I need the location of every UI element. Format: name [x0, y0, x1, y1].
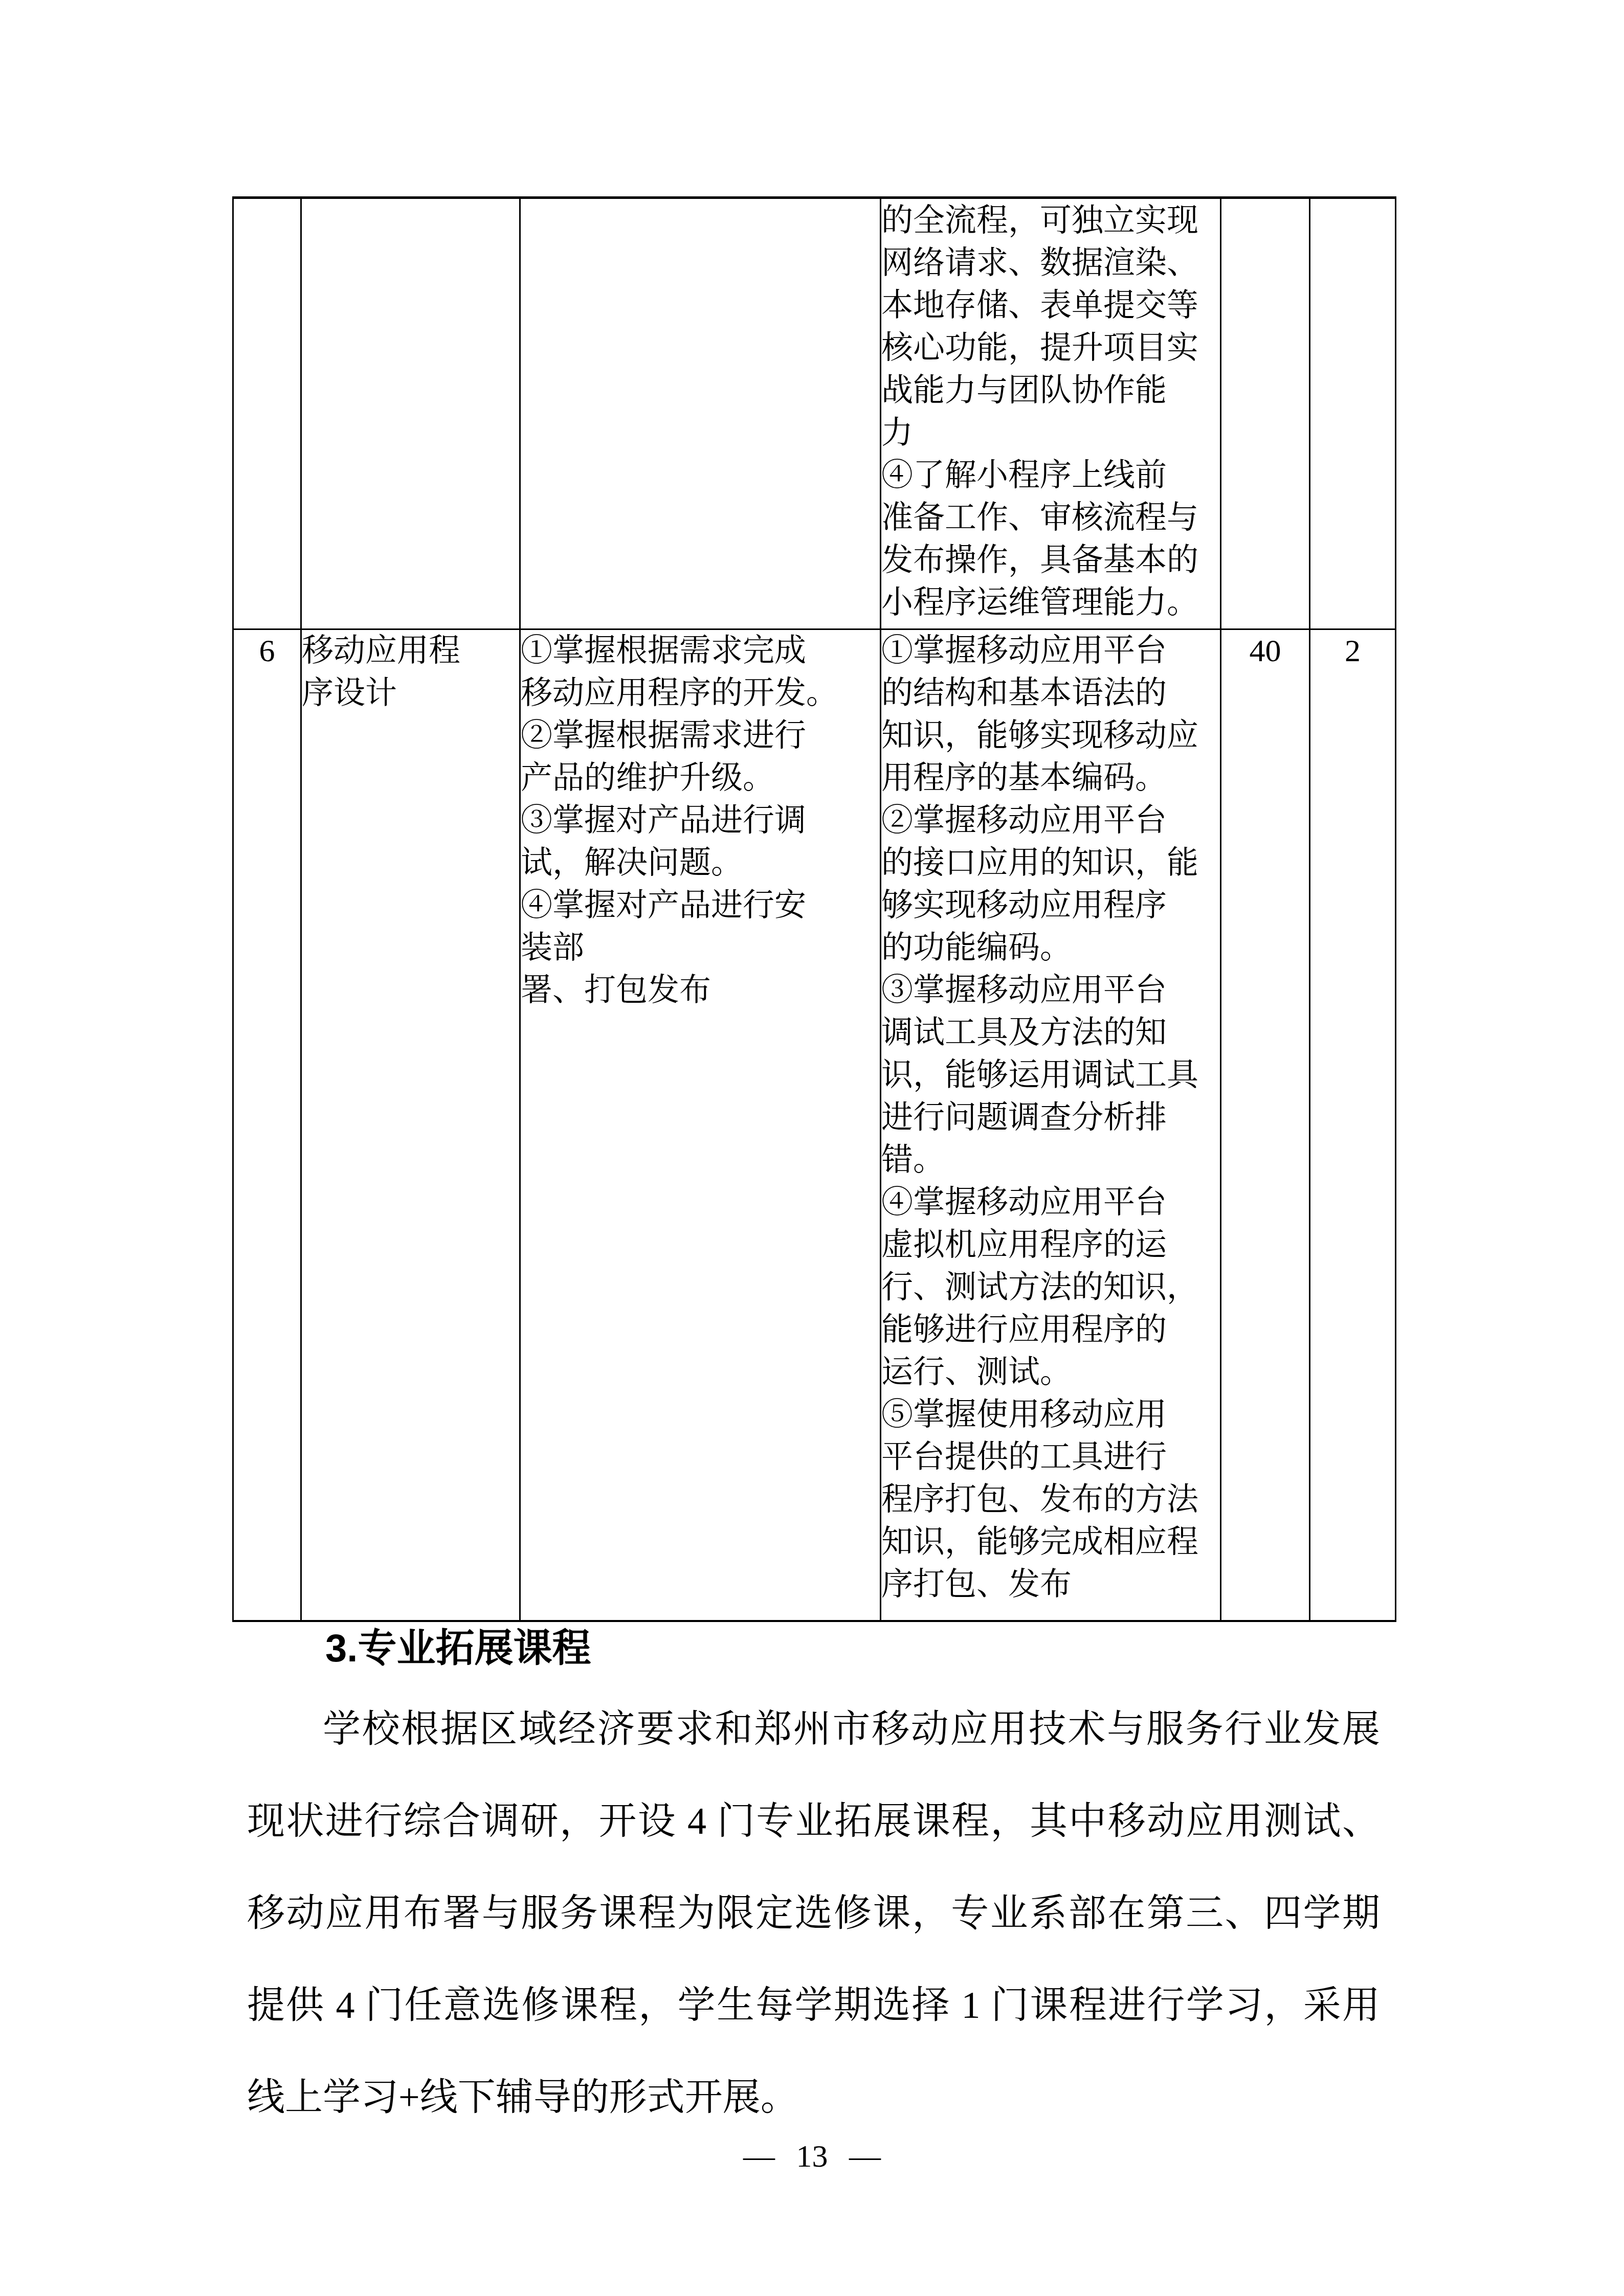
table-row-continuation: 的全流程，可独立实现 网络请求、数据渲染、 本地存储、表单提交等 核心功能，提升… [233, 198, 1396, 629]
cell-credits [1310, 198, 1396, 629]
skill-requirements-text: ①掌握根据需求完成 移动应用程序的开发。 ②掌握根据需求进行 产品的维护升级。 … [521, 630, 880, 1012]
cell-class-hours: 40 [1221, 629, 1310, 1621]
cell-class-hours [1221, 198, 1310, 629]
knowledge-requirements-text: 的全流程，可独立实现 网络请求、数据渲染、 本地存储、表单提交等 核心功能，提升… [881, 200, 1220, 624]
cell-skill-requirements: ①掌握根据需求完成 移动应用程序的开发。 ②掌握根据需求进行 产品的维护升级。 … [520, 629, 881, 1621]
cell-knowledge-requirements: 的全流程，可独立实现 网络请求、数据渲染、 本地存储、表单提交等 核心功能，提升… [881, 198, 1221, 629]
cell-number [233, 198, 301, 629]
credits-value: 2 [1310, 630, 1395, 672]
cell-number: 6 [233, 629, 301, 1621]
course-name: 移动应用程 序设计 [302, 630, 519, 715]
document-page: 的全流程，可独立实现 网络请求、数据渲染、 本地存储、表单提交等 核心功能，提升… [0, 0, 1624, 2296]
knowledge-requirements-text: ①掌握移动应用平台 的结构和基本语法的 知识，能够实现移动应 用程序的基本编码。… [881, 630, 1220, 1606]
cell-course-name [301, 198, 520, 629]
page-number: — 13 — [0, 2139, 1624, 2175]
cell-credits: 2 [1310, 629, 1396, 1621]
row-number: 6 [234, 630, 300, 672]
cell-knowledge-requirements: ①掌握移动应用平台 的结构和基本语法的 知识，能够实现移动应 用程序的基本编码。… [881, 629, 1221, 1621]
class-hours-value: 40 [1221, 630, 1309, 672]
course-table: 的全流程，可独立实现 网络请求、数据渲染、 本地存储、表单提交等 核心功能，提升… [232, 196, 1396, 1622]
section-heading: 3.专业拓展课程 [325, 1625, 591, 1672]
body-paragraph: 学校根据区域经济要求和郑州市移动应用技术与服务行业发展现状进行综合调研，开设 4… [247, 1683, 1380, 2144]
table-row-course-6: 6 移动应用程 序设计 ①掌握根据需求完成 移动应用程序的开发。 ②掌握根据需求… [233, 629, 1396, 1621]
cell-skill-requirements [520, 198, 881, 629]
cell-course-name: 移动应用程 序设计 [301, 629, 520, 1621]
